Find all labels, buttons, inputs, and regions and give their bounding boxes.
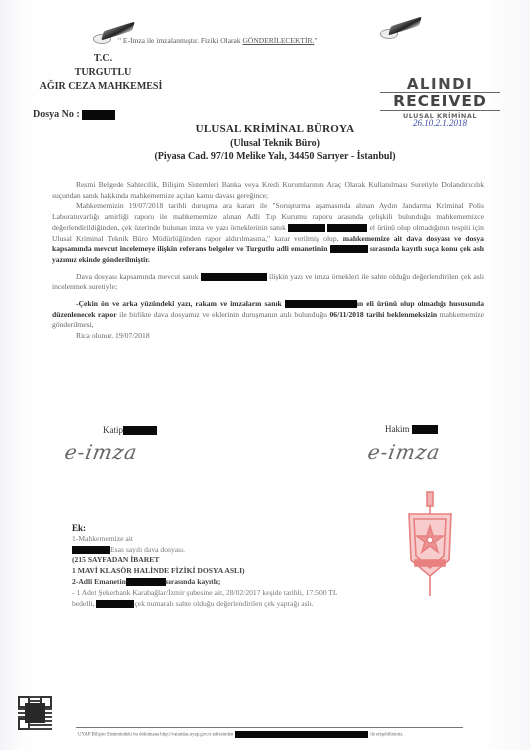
court-header: T.C. TURGUTLU AĞIR CEZA MAHKEMESİ [38, 52, 168, 94]
attachments-list: Ek: 1-Mahkememize ait Esas sayılı dava d… [72, 523, 472, 609]
file-number: Dosya No : [33, 109, 115, 120]
redaction-bar [126, 578, 166, 586]
judge-e-signature: e-imza [366, 440, 443, 464]
clerk-signature-label: Katip [103, 425, 157, 435]
redaction-bar [123, 426, 157, 435]
paragraph: Dava dosyası kapsamında mevcut sanık ili… [52, 272, 484, 293]
redaction-bar [82, 110, 115, 120]
redaction-bar [235, 731, 368, 738]
closing: Rica olunur. 19/07/2018 [52, 331, 484, 342]
document-page: " E-İmza ile imzalanmıştır. Fiziki Olara… [0, 0, 530, 750]
paragraph: Mahkememizin 19/07/2018 tarihli duruşma … [52, 201, 484, 265]
letter-body: Resmi Belgede Sahtecilik, Bilişim Sistem… [52, 180, 484, 342]
footer-note: UYAP Bilişim Sistemindeki bu dokümana ht… [78, 731, 463, 738]
redaction-bar [96, 600, 134, 608]
redaction-bar [412, 425, 438, 434]
footer-divider [76, 727, 463, 728]
qr-code [18, 696, 52, 730]
redaction-bar [288, 224, 325, 232]
paragraph: -Çekin ön ve arka yüzündeki yazı, rakam … [52, 299, 484, 331]
clerk-e-signature: e-imza [63, 440, 140, 464]
redaction-bar [72, 546, 110, 554]
pen-signature-icon [380, 21, 420, 41]
redaction-bar [201, 273, 267, 281]
paragraph: Resmi Belgede Sahtecilik, Bilişim Sistem… [52, 180, 484, 201]
redaction-bar [330, 245, 368, 253]
received-stamp: ALINDI RECEIVED ULUSAL KRİMİNAL 26.10.2.… [380, 77, 500, 128]
redaction-bar [285, 300, 357, 308]
redaction-bar [327, 224, 367, 232]
recipient-block: ULUSAL KRİMİNAL BÜROYA (Ulusal Teknik Bü… [110, 122, 440, 163]
e-signature-banner: " E-İmza ile imzalanmıştır. Fiziki Olara… [118, 36, 418, 45]
judge-signature-label: Hakim [385, 424, 438, 434]
